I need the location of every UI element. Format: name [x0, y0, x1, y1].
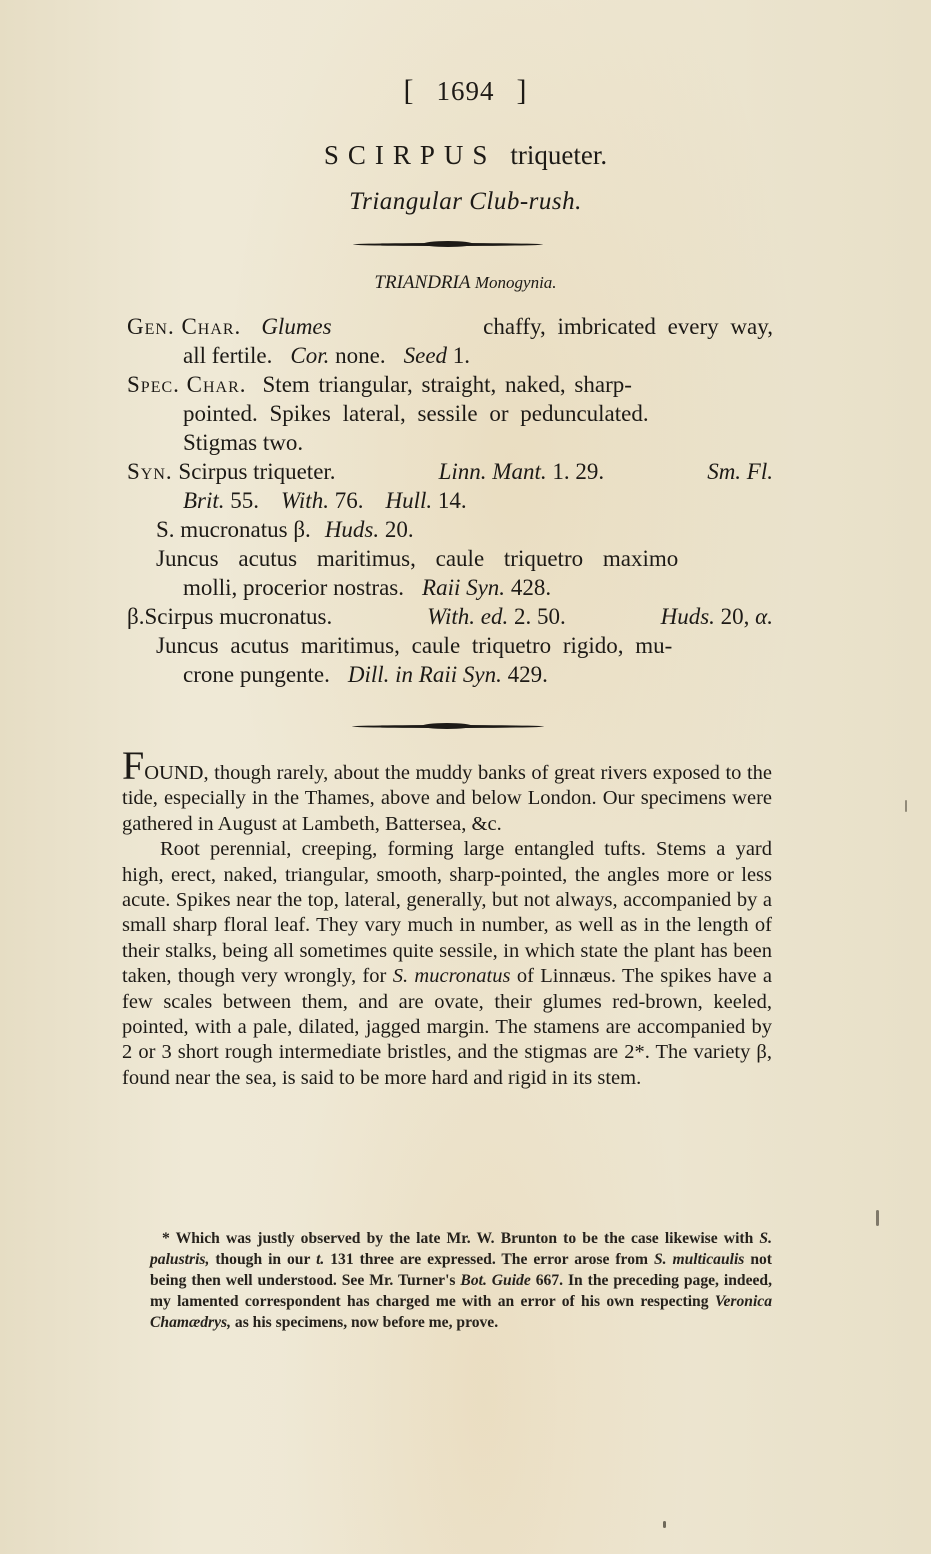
paragraph-text: though rarely, about the muddy banks of …	[122, 762, 772, 835]
book-page: [1694] SCIRPUStriqueter. Triangular Club…	[0, 0, 931, 1554]
footnote-italic: Bot. Guide	[460, 1272, 530, 1289]
synonym-ref-num: 55.	[230, 488, 259, 513]
spec-char-text: Stigmas two.	[183, 428, 303, 457]
gen-char-text: 1.	[453, 343, 470, 368]
synonym-name: Juncus acutus maritimus, caule triquetro…	[156, 544, 678, 573]
synonym-ref-num: 20,	[721, 604, 750, 629]
synonym-ref: With. ed.	[427, 604, 508, 629]
synonym-ref: With.	[281, 488, 329, 513]
synonym-name: Scirpus mucronatus.	[144, 604, 332, 629]
paper-speck	[905, 800, 907, 812]
footnote: * Which was justly observed by the late …	[150, 1228, 772, 1333]
synonymy: Syn. Scirpus triqueter. Linn. Mant. 1. 2…	[127, 457, 773, 689]
specific-character: Spec. Char. Stem triangular, straight, n…	[127, 370, 773, 457]
synonym-ref: α.	[755, 604, 773, 629]
spec-char-label: Spec. Char.	[127, 370, 247, 399]
bracket-left: [	[404, 74, 415, 107]
synonym-ref: Raii Syn.	[422, 575, 505, 600]
synonym-ref: Sm. Fl.	[707, 459, 773, 484]
synonym-name: molli, procerior nostras.	[183, 573, 404, 602]
footnote-segment: as his specimens, now before me, prove.	[231, 1314, 498, 1331]
linnaean-classification: TRIANDRIA Monogynia.	[0, 272, 931, 294]
species-ref: S. mucronatus	[393, 965, 511, 987]
order-name: Monogynia.	[475, 273, 557, 292]
ornamental-divider	[352, 725, 544, 728]
generic-character: Gen. Char. Glumes chaffy, imbricated eve…	[127, 312, 773, 370]
variety-beta-label: β.	[127, 604, 144, 629]
synonym-name: Scirpus triqueter.	[178, 459, 335, 484]
synonym-name: S. mucronatus β.	[156, 515, 311, 544]
synonym-ref: Brit.	[183, 488, 225, 513]
drop-cap: F	[122, 743, 144, 788]
lead-word: OUND,	[144, 762, 208, 784]
spec-char-text: pointed. Spikes lateral, sessile or pedu…	[183, 399, 649, 428]
gen-char-label: Gen. Char.	[127, 312, 241, 341]
synonym-name: crone pungente.	[183, 660, 330, 689]
synonym-ref: Dill. in Raii Syn.	[348, 662, 502, 687]
synonym-ref-num: 76.	[335, 488, 364, 513]
gen-char-term: Glumes	[261, 314, 331, 339]
synonym-ref-num: 2. 50.	[514, 604, 566, 629]
synonym-ref-num: 429.	[508, 662, 548, 687]
species-name: triqueter.	[510, 140, 607, 170]
synonym-ref: Hull.	[385, 488, 432, 513]
footnote-segment: 131 three are expressed. The error arose…	[324, 1251, 654, 1268]
class-name: TRIANDRIA	[374, 272, 470, 293]
gen-char-text: all fertile.	[183, 341, 272, 370]
footnote-text: * Which was justly observed by the late …	[150, 1228, 772, 1333]
bracket-right: ]	[517, 74, 528, 107]
footnote-italic: S. multicaulis	[654, 1251, 744, 1268]
genus-name: SCIRPUS	[324, 140, 497, 170]
synonym-ref: Huds.	[661, 604, 715, 629]
gen-char-term: Seed	[404, 343, 447, 368]
synonym-name: Juncus acutus maritimus, caule triquetro…	[156, 631, 672, 660]
species-title: SCIRPUStriqueter.	[0, 140, 931, 171]
gen-char-text: chaffy, imbricated every way,	[332, 312, 773, 341]
gen-char-term: Cor.	[290, 343, 329, 368]
gen-char-text: none.	[335, 343, 385, 368]
common-name: Triangular Club-rush.	[0, 188, 931, 216]
synonym-ref: Huds.	[325, 517, 379, 542]
description: FOUND, though rarely, about the muddy ba…	[122, 756, 772, 1091]
spec-char-text: Stem triangular, straight, naked, sharp-	[263, 370, 632, 399]
synonym-ref: Linn. Mant.	[439, 459, 547, 484]
synonym-ref-num: 1. 29.	[552, 459, 604, 484]
description-paragraph: FOUND, though rarely, about the muddy ba…	[122, 756, 772, 837]
synonym-ref-num: 20.	[385, 517, 414, 542]
syn-label: Syn.	[127, 459, 173, 484]
page-number: [1694]	[0, 74, 931, 108]
description-paragraph: Root perennial, creeping, forming large …	[122, 837, 772, 1091]
page-number-value: 1694	[437, 76, 495, 106]
ornamental-divider	[353, 243, 543, 246]
paper-speck	[876, 1210, 879, 1226]
synonym-ref-num: 14.	[438, 488, 467, 513]
paper-speck	[663, 1521, 666, 1528]
footnote-segment: though in our	[209, 1251, 316, 1268]
synonym-ref-num: 428.	[511, 575, 551, 600]
footnote-segment: * Which was justly observed by the late …	[162, 1230, 759, 1247]
